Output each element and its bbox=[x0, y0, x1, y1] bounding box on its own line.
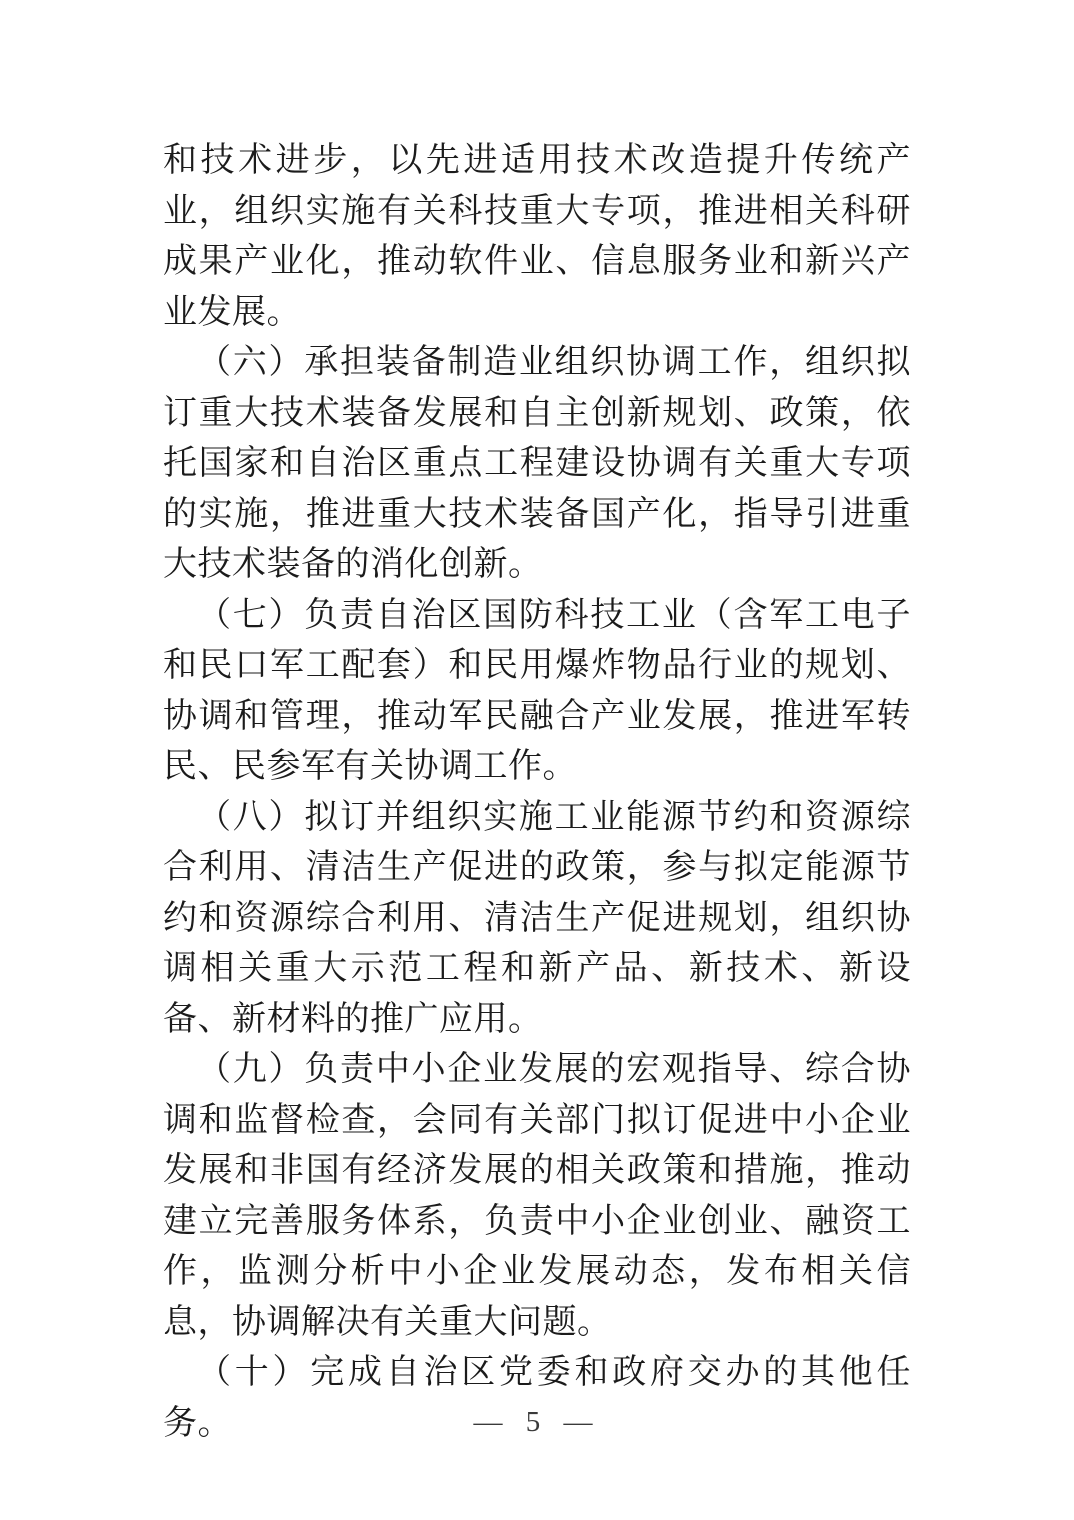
paragraph-item-8: （八）拟订并组织实施工业能源节约和资源综合利用、清洁生产促进的政策，参与拟定能源… bbox=[163, 793, 911, 1046]
document-body: 和技术进步，以先进适用技术改造提升传统产业，组织实施有关科技重大专项，推进相关科… bbox=[163, 136, 911, 1449]
paragraph-item-9: （九）负责中小企业发展的宏观指导、综合协调和监督检查，会同有关部门拟订促进中小企… bbox=[163, 1045, 911, 1348]
paragraph-item-7: （七）负责自治区国防科技工业（含军工电子和民口军工配套）和民用爆炸物品行业的规划… bbox=[163, 591, 911, 793]
page-number: — 5 — bbox=[0, 1402, 1074, 1442]
paragraph-continuation: 和技术进步，以先进适用技术改造提升传统产业，组织实施有关科技重大专项，推进相关科… bbox=[163, 136, 911, 338]
document-page: 和技术进步，以先进适用技术改造提升传统产业，组织实施有关科技重大专项，推进相关科… bbox=[0, 0, 1074, 1520]
paragraph-item-6: （六）承担装备制造业组织协调工作，组织拟订重大技术装备发展和自主创新规划、政策，… bbox=[163, 338, 911, 591]
